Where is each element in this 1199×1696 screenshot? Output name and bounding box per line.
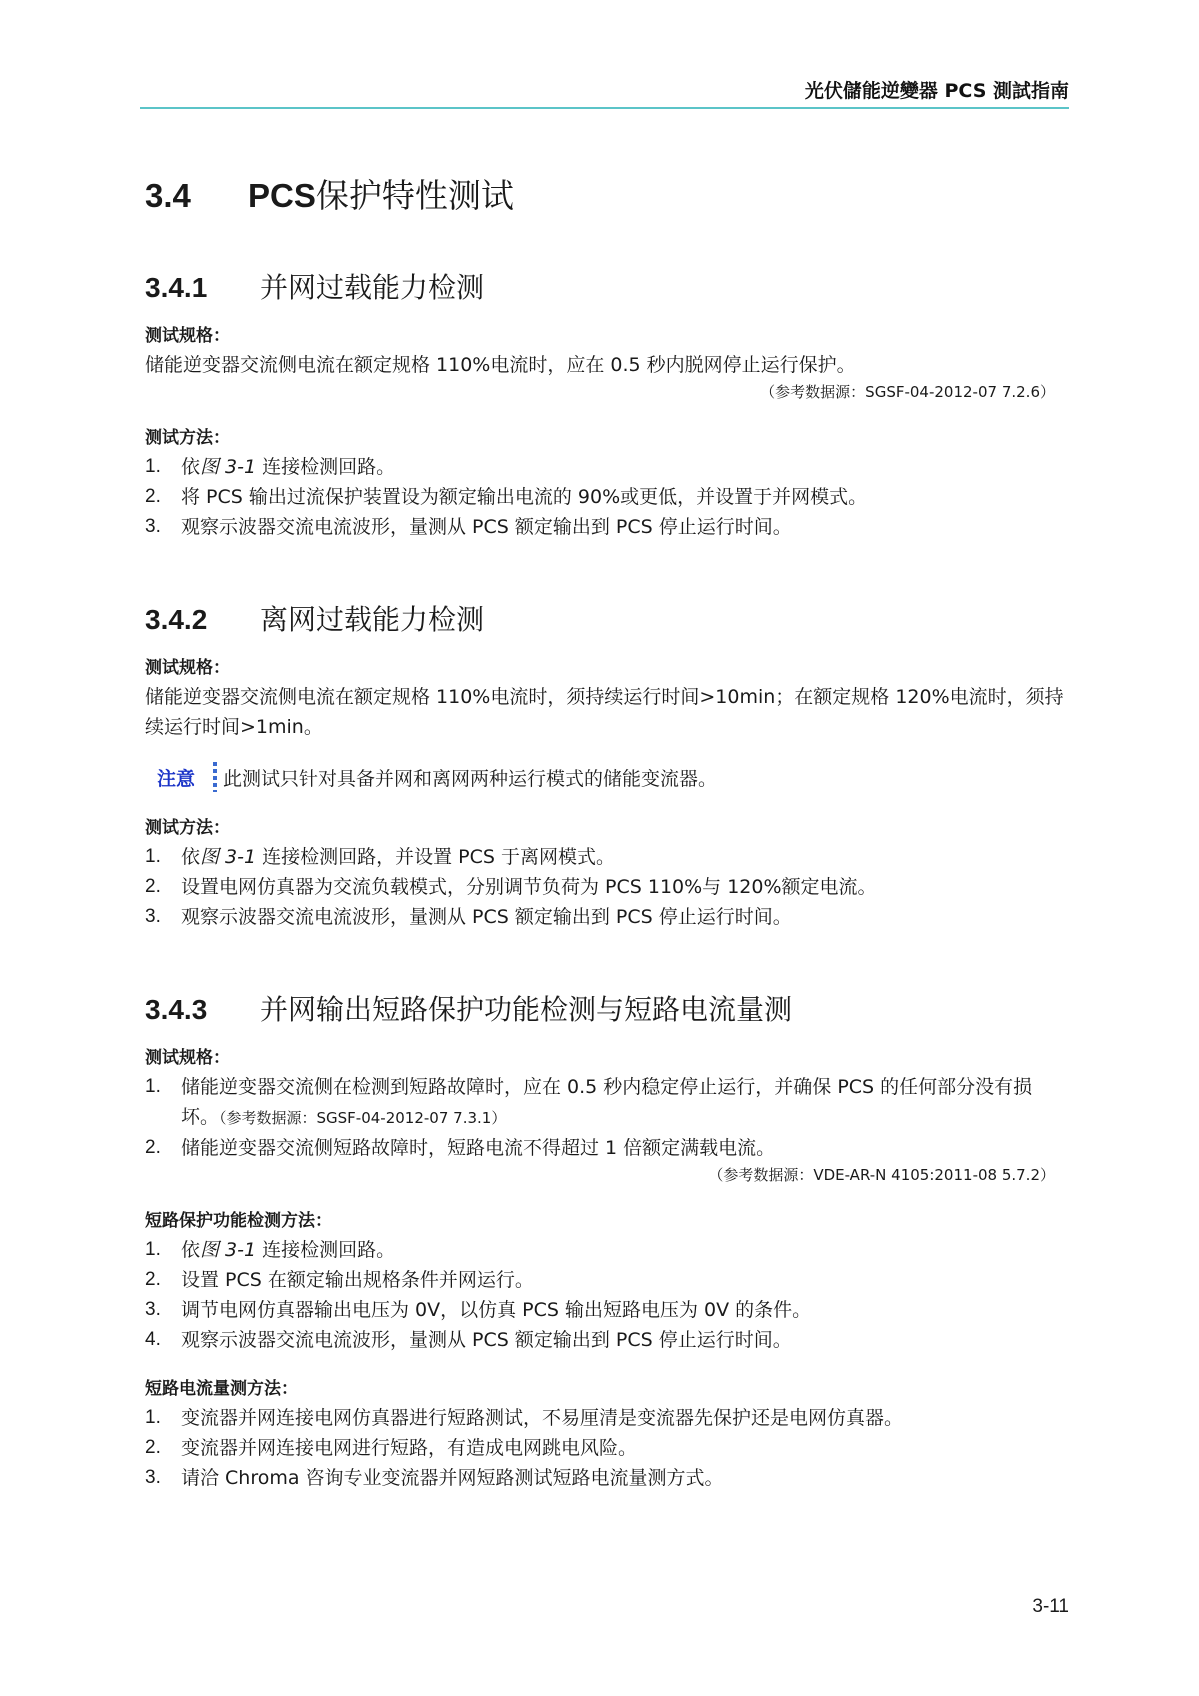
note-label: 注意 (157, 764, 195, 791)
note-divider-icon (213, 762, 217, 792)
item-text: 观察示波器交流电流波形，量测从 PCS 额定输出到 PCS 停止运行时间。 (181, 1325, 1065, 1355)
section-title-latin: PCS (248, 177, 316, 215)
current-method-label: 短路电流量测方法： (145, 1377, 1065, 1401)
item-text: 观察示波器交流电流波形，量测从 PCS 额定输出到 PCS 停止运行时间。 (181, 902, 1065, 932)
protection-method-list: 1. 依图 3-1 连接检测回路。 2. 设置 PCS 在额定输出规格条件并网运… (145, 1235, 1065, 1355)
item-text: 观察示波器交流电流波形，量测从 PCS 额定输出到 PCS 停止运行时间。 (181, 512, 1065, 542)
item-text: 设置电网仿真器为交流负载模式，分别调节负荷为 PCS 110%与 120%额定电… (181, 872, 1065, 902)
item-number: 1. (145, 842, 181, 872)
spec-label: 测试规格： (145, 324, 1065, 348)
item-text: 设置 PCS 在额定输出规格条件并网运行。 (181, 1265, 1065, 1295)
item-number: 2. (145, 1133, 181, 1163)
item-number: 4. (145, 1325, 181, 1355)
figure-reference: 图 3-1 (200, 1239, 256, 1261)
page-number: 3-11 (1032, 1596, 1069, 1618)
figure-reference: 图 3-1 (200, 456, 256, 478)
list-item: 4. 观察示波器交流电流波形，量测从 PCS 额定输出到 PCS 停止运行时间。 (145, 1325, 1065, 1355)
item-text: 依 (181, 456, 200, 478)
item-text: 连接检测回路，并设置 PCS 于离网模式。 (256, 846, 615, 868)
subsection-title: 并网输出短路保护功能检测与短路电流量测 (260, 988, 792, 1028)
item-text: 将 PCS 输出过流保护装置设为额定输出电流的 90%或更低，并设置于并网模式。 (181, 482, 1065, 512)
section-title: 保护特性测试 (316, 170, 514, 217)
spec-list: 1. 储能逆变器交流侧在检测到短路故障时，应在 0.5 秒内稳定停止运行，并确保… (145, 1072, 1065, 1163)
list-item: 1. 依图 3-1 连接检测回路。 (145, 452, 1065, 482)
spec-label: 测试规格： (145, 656, 1065, 680)
item-text: 依 (181, 846, 200, 868)
item-number: 3. (145, 902, 181, 932)
spec-text: 储能逆变器交流侧电流在额定规格 110%电流时，应在 0.5 秒内脱网停止运行保… (145, 350, 1065, 380)
subsection-heading-3-4-1: 3.4.1 并网过载能力检测 (145, 266, 1065, 306)
item-text: 调节电网仿真器输出电压为 0V，以仿真 PCS 输出短路电压为 0V 的条件。 (181, 1295, 1065, 1325)
item-number: 3. (145, 1463, 181, 1493)
subsection-number: 3.4.3 (145, 994, 260, 1026)
item-number: 1. (145, 452, 181, 482)
method-label: 测试方法： (145, 816, 1065, 840)
item-number: 2. (145, 1265, 181, 1295)
current-method-list: 1. 变流器并网连接电网仿真器进行短路测试，不易厘清是变流器先保护还是电网仿真器… (145, 1403, 1065, 1493)
list-item: 1. 变流器并网连接电网仿真器进行短路测试，不易厘清是变流器先保护还是电网仿真器… (145, 1403, 1065, 1433)
item-number: 2. (145, 1433, 181, 1463)
item-text: 依 (181, 1239, 200, 1261)
method-list: 1. 依图 3-1 连接检测回路。 2. 将 PCS 输出过流保护装置设为额定输… (145, 452, 1065, 542)
list-item: 3. 调节电网仿真器输出电压为 0V，以仿真 PCS 输出短路电压为 0V 的条… (145, 1295, 1065, 1325)
note-callout: 注意 此测试只针对具备并网和离网两种运行模式的储能变流器。 (157, 762, 1065, 792)
spec-reference: （参考数据源：VDE-AR-N 4105:2011-08 5.7.2） (145, 1163, 1065, 1187)
subsection-heading-3-4-2: 3.4.2 离网过载能力检测 (145, 598, 1065, 638)
subsection-title: 并网过载能力检测 (260, 266, 484, 306)
note-text: 此测试只针对具备并网和离网两种运行模式的储能变流器。 (223, 764, 717, 791)
item-number: 1. (145, 1403, 181, 1433)
item-number: 3. (145, 512, 181, 542)
item-number: 1. (145, 1235, 181, 1265)
list-item: 2. 变流器并网连接电网进行短路，有造成电网跳电风险。 (145, 1433, 1065, 1463)
list-item: 3. 请洽 Chroma 咨询专业变流器并网短路测试短路电流量测方式。 (145, 1463, 1065, 1493)
header-divider (140, 107, 1069, 109)
list-item: 1. 依图 3-1 连接检测回路。 (145, 1235, 1065, 1265)
item-text: 连接检测回路。 (256, 456, 395, 478)
section-number: 3.4 (145, 177, 248, 215)
subsection-heading-3-4-3: 3.4.3 并网输出短路保护功能检测与短路电流量测 (145, 988, 1065, 1028)
running-header-title: 光伏儲能逆變器 PCS 測試指南 (805, 76, 1069, 103)
figure-reference: 图 3-1 (200, 846, 256, 868)
subsection-number: 3.4.1 (145, 272, 260, 304)
item-number: 2. (145, 872, 181, 902)
spec-text: 储能逆变器交流侧电流在额定规格 110%电流时，须持续运行时间>10min；在额… (145, 682, 1065, 742)
spec-label: 测试规格： (145, 1046, 1065, 1070)
item-text: 请洽 Chroma 咨询专业变流器并网短路测试短路电流量测方式。 (181, 1463, 1065, 1493)
item-text: 连接检测回路。 (256, 1239, 395, 1261)
list-item: 3. 观察示波器交流电流波形，量测从 PCS 额定输出到 PCS 停止运行时间。 (145, 902, 1065, 932)
subsection-title: 离网过载能力检测 (260, 598, 484, 638)
item-text: 变流器并网连接电网进行短路，有造成电网跳电风险。 (181, 1433, 1065, 1463)
list-item: 1. 依图 3-1 连接检测回路，并设置 PCS 于离网模式。 (145, 842, 1065, 872)
item-number: 1. (145, 1072, 181, 1133)
subsection-number: 3.4.2 (145, 604, 260, 636)
item-text: 储能逆变器交流侧短路故障时，短路电流不得超过 1 倍额定满载电流。 (181, 1133, 1065, 1163)
list-item: 2. 设置电网仿真器为交流负载模式，分别调节负荷为 PCS 110%与 120%… (145, 872, 1065, 902)
item-number: 2. (145, 482, 181, 512)
list-item: 2. 设置 PCS 在额定输出规格条件并网运行。 (145, 1265, 1065, 1295)
list-item: 2. 储能逆变器交流侧短路故障时，短路电流不得超过 1 倍额定满载电流。 (145, 1133, 1065, 1163)
inline-reference: （参考数据源：SGSF-04-2012-07 7.3.1） (219, 1109, 506, 1127)
section-heading: 3.4 PCS 保护特性测试 (145, 170, 1065, 220)
list-item: 2. 将 PCS 输出过流保护装置设为额定输出电流的 90%或更低，并设置于并网… (145, 482, 1065, 512)
list-item: 1. 储能逆变器交流侧在检测到短路故障时，应在 0.5 秒内稳定停止运行，并确保… (145, 1072, 1065, 1133)
method-label: 测试方法： (145, 426, 1065, 450)
protection-method-label: 短路保护功能检测方法： (145, 1209, 1065, 1233)
page-content: 3.4 PCS 保护特性测试 3.4.1 并网过载能力检测 测试规格： 储能逆变… (145, 170, 1065, 1493)
item-text: 变流器并网连接电网仿真器进行短路测试，不易厘清是变流器先保护还是电网仿真器。 (181, 1403, 1065, 1433)
spec-reference: （参考数据源：SGSF-04-2012-07 7.2.6） (145, 380, 1065, 404)
method-list: 1. 依图 3-1 连接检测回路，并设置 PCS 于离网模式。 2. 设置电网仿… (145, 842, 1065, 932)
item-number: 3. (145, 1295, 181, 1325)
list-item: 3. 观察示波器交流电流波形，量测从 PCS 额定输出到 PCS 停止运行时间。 (145, 512, 1065, 542)
